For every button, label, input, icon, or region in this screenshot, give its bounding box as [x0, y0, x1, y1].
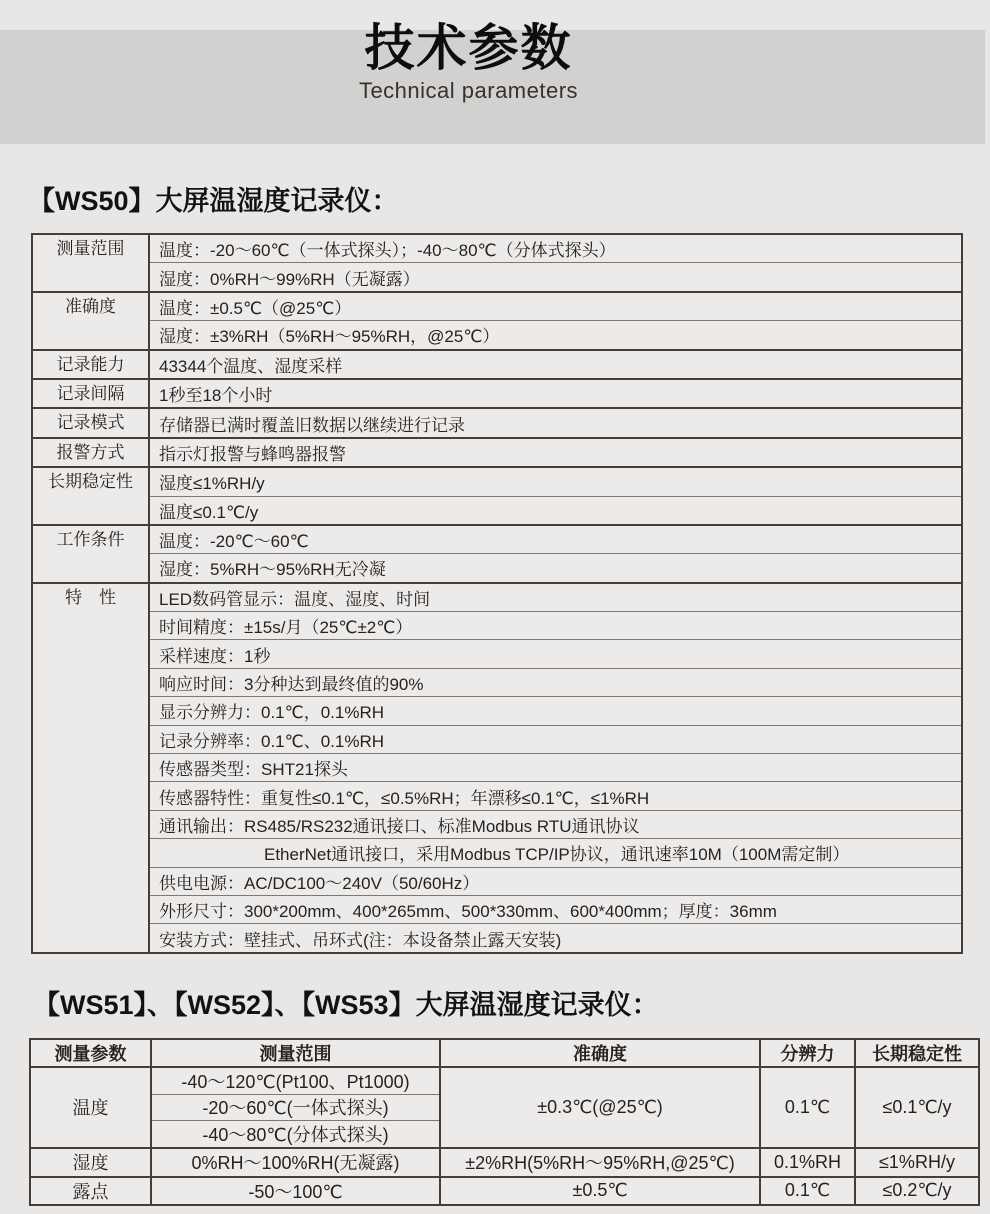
header-title-block: 技术参数 Technical parameters	[0, 0, 937, 102]
spec-label: 准确度	[33, 293, 150, 349]
param-cell: 温度	[31, 1068, 150, 1147]
spec-value: LED数码管显示：温度、湿度、时间	[150, 584, 961, 611]
table-row: 温度 -40～120℃(Pt100、Pt1000) -20～60℃(一体式探头)…	[31, 1066, 978, 1147]
spec-value: 湿度：5%RH～95%RH无冷凝	[150, 553, 961, 581]
column-header: 测量范围	[150, 1040, 439, 1066]
spec-value: 传感器类型：SHT21探头	[150, 753, 961, 781]
accuracy-cell: ±0.5℃	[439, 1178, 759, 1204]
column-header: 分辨力	[759, 1040, 854, 1066]
accuracy-cell: ±2%RH(5%RH～95%RH,@25℃)	[439, 1149, 759, 1176]
ws50-spec-table: 测量范围 温度：-20～60℃（一体式探头）；-40～80℃（分体式探头） 湿度…	[31, 233, 963, 954]
spec-value: 温度：±0.5℃（@25℃）	[150, 293, 961, 320]
section2-heading: 【WS51】、【WS52】、【WS53】大屏温湿度记录仪：	[33, 990, 659, 1020]
spec-group-record-capacity: 记录能力 43344个温度、湿度采样	[33, 349, 961, 378]
spec-group-alarm-mode: 报警方式 指示灯报警与蜂鸣器报警	[33, 437, 961, 466]
spec-value: 温度：-20～60℃（一体式探头）；-40～80℃（分体式探头）	[150, 235, 961, 262]
spec-value: 湿度：±3%RH（5%RH～95%RH，@25℃）	[150, 320, 961, 348]
range-cell: -40～120℃(Pt100、Pt1000) -20～60℃(一体式探头) -4…	[150, 1068, 439, 1147]
range-cell: 0%RH～100%RH(无凝露)	[150, 1149, 439, 1176]
spec-value: 湿度：0%RH～99%RH（无凝露）	[150, 262, 961, 290]
range-line: -40～80℃(分体式探头)	[152, 1120, 439, 1147]
spec-value: 供电电源：AC/DC100～240V（50/60Hz）	[150, 867, 961, 895]
spec-group-record-mode: 记录模式 存储器已满时覆盖旧数据以继续进行记录	[33, 407, 961, 436]
resolution-cell: 0.1%RH	[759, 1149, 854, 1176]
range-line: -40～120℃(Pt100、Pt1000)	[152, 1068, 439, 1094]
spec-value: 温度≤0.1℃/y	[150, 496, 961, 524]
spec-label: 报警方式	[33, 439, 150, 466]
spec-value: 湿度≤1%RH/y	[150, 468, 961, 495]
spec-label: 记录间隔	[33, 380, 150, 407]
resolution-cell: 0.1℃	[759, 1178, 854, 1204]
stability-cell: ≤0.1℃/y	[854, 1068, 978, 1147]
stability-cell: ≤1%RH/y	[854, 1149, 978, 1176]
spec-label: 记录能力	[33, 351, 150, 378]
spec-value: 响应时间：3分种达到最终值的90%	[150, 668, 961, 696]
column-header: 长期稳定性	[854, 1040, 978, 1066]
page-title: 技术参数	[0, 23, 937, 73]
spec-value: 安装方式：壁挂式、吊环式(注：本设备禁止露天安装)	[150, 923, 961, 951]
spec-value: 外形尺寸：300*200mm、400*265mm、500*330mm、600*4…	[150, 895, 961, 923]
page-subtitle: Technical parameters	[0, 80, 937, 102]
spec-group-record-interval: 记录间隔 1秒至18个小时	[33, 378, 961, 407]
spec-value: 43344个温度、湿度采样	[150, 351, 961, 378]
spec-label: 长期稳定性	[33, 468, 150, 524]
ws51-53-spec-table: 测量参数 测量范围 准确度 分辨力 长期稳定性 温度 -40～120℃(Pt10…	[29, 1038, 980, 1206]
section1-heading: 【WS50】大屏温湿度记录仪：	[28, 186, 399, 216]
spec-value: 存储器已满时覆盖旧数据以继续进行记录	[150, 409, 961, 436]
table2-header-row: 测量参数 测量范围 准确度 分辨力 长期稳定性	[31, 1040, 978, 1066]
spec-group-measure-range: 测量范围 温度：-20～60℃（一体式探头）；-40～80℃（分体式探头） 湿度…	[33, 235, 961, 291]
spec-group-accuracy: 准确度 温度：±0.5℃（@25℃） 湿度：±3%RH（5%RH～95%RH，@…	[33, 291, 961, 349]
range-cell: -50～100℃	[150, 1178, 439, 1204]
spec-label: 记录模式	[33, 409, 150, 436]
spec-label: 特 性	[33, 584, 150, 952]
column-header: 准确度	[439, 1040, 759, 1066]
spec-value: 温度：-20℃～60℃	[150, 526, 961, 553]
range-line: -20～60℃(一体式探头)	[152, 1094, 439, 1121]
spec-value: 传感器特性：重复性≤0.1℃，≤0.5%RH；年漂移≤0.1℃，≤1%RH	[150, 781, 961, 809]
table-row: 露点 -50～100℃ ±0.5℃ 0.1℃ ≤0.2℃/y	[31, 1176, 978, 1204]
param-cell: 湿度	[31, 1149, 150, 1176]
spec-value: 1秒至18个小时	[150, 380, 961, 407]
stability-cell: ≤0.2℃/y	[854, 1178, 978, 1204]
spec-value-continued: EtherNet通讯接口，采用Modbus TCP/IP协议，通讯速率10M（1…	[150, 838, 961, 866]
spec-value: 采样速度：1秒	[150, 639, 961, 667]
resolution-cell: 0.1℃	[759, 1068, 854, 1147]
spec-label: 工作条件	[33, 526, 150, 582]
spec-value: 记录分辨率：0.1℃、0.1%RH	[150, 725, 961, 753]
spec-value: 时间精度：±15s/月（25℃±2℃）	[150, 611, 961, 639]
spec-value: 指示灯报警与蜂鸣器报警	[150, 439, 961, 466]
param-cell: 露点	[31, 1178, 150, 1204]
spec-group-working-conditions: 工作条件 温度：-20℃～60℃ 湿度：5%RH～95%RH无冷凝	[33, 524, 961, 582]
column-header: 测量参数	[31, 1040, 150, 1066]
spec-value: 显示分辨力：0.1℃，0.1%RH	[150, 696, 961, 724]
spec-group-long-term-stability: 长期稳定性 湿度≤1%RH/y 温度≤0.1℃/y	[33, 466, 961, 524]
table-row: 湿度 0%RH～100%RH(无凝露) ±2%RH(5%RH～95%RH,@25…	[31, 1147, 978, 1176]
spec-group-features: 特 性 LED数码管显示：温度、湿度、时间 时间精度：±15s/月（25℃±2℃…	[33, 582, 961, 952]
spec-label: 测量范围	[33, 235, 150, 291]
accuracy-cell: ±0.3℃(@25℃)	[439, 1068, 759, 1147]
spec-value: 通讯输出：RS485/RS232通讯接口、标准Modbus RTU通讯协议	[150, 810, 961, 838]
